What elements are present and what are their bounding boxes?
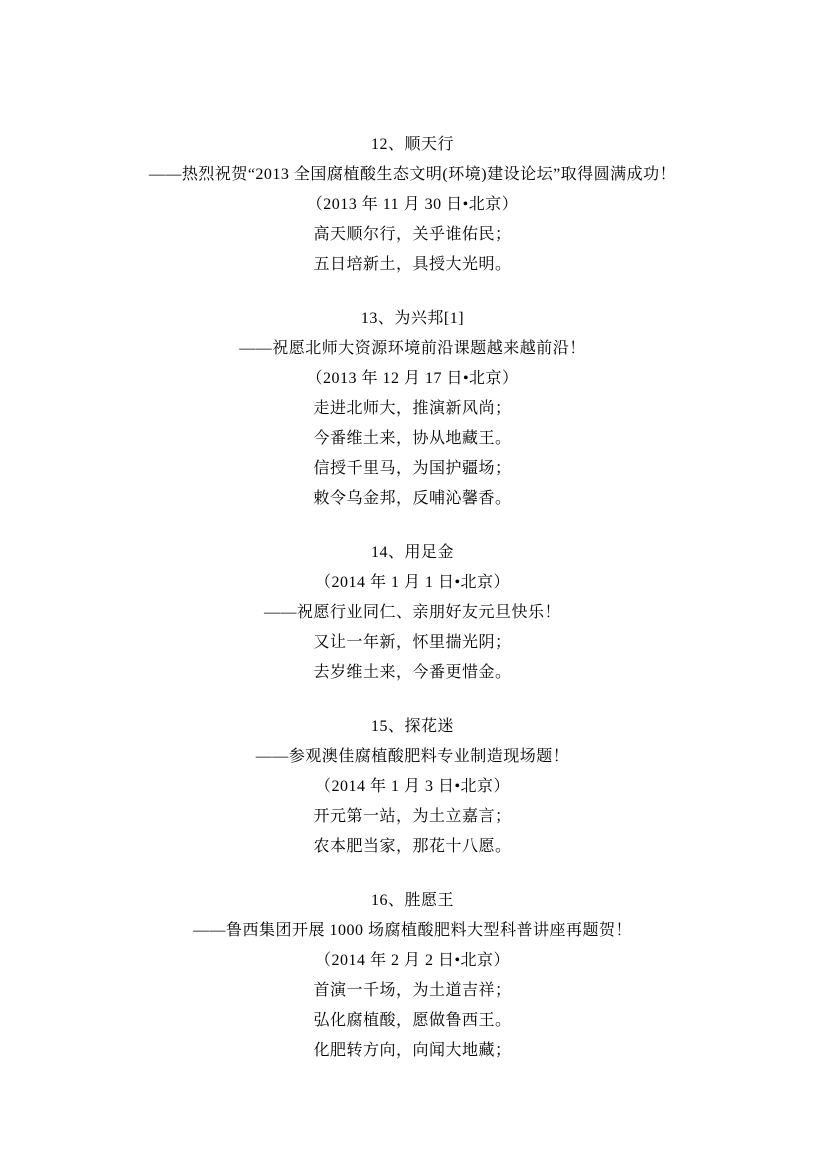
poem-title: 12、顺天行: [0, 130, 825, 160]
page-number: 5: [0, 1080, 1, 1097]
poem-line: 化肥转方向，向闻大地藏；: [0, 1036, 825, 1066]
poem-line: 敕令乌金邦，反哺沁馨香。: [0, 484, 825, 514]
poem-line: ——参观澳佳腐植酸肥料专业制造现场题！: [0, 742, 825, 772]
poems-container: 12、顺天行 ——热烈祝贺“2013 全国腐植酸生态文明(环境)建设论坛”取得圆…: [0, 0, 825, 1090]
poem-line: 又让一年新，怀里揣光阴；: [0, 628, 825, 658]
poem-title: 16、胜愿王: [0, 886, 825, 916]
poem-line: 五日培新土，具授大光明。: [0, 250, 825, 280]
poem-title: 14、用足金: [0, 538, 825, 568]
poem-line: （2014 年 1 月 1 日•北京）: [0, 568, 825, 598]
poem-line: 去岁维土来，今番更惜金。: [0, 658, 825, 688]
document-page: 12、顺天行 ——热烈祝贺“2013 全国腐植酸生态文明(环境)建设论坛”取得圆…: [0, 0, 825, 1169]
poem-line: ——祝愿北师大资源环境前沿课题越来越前沿！: [0, 334, 825, 364]
poem-section: 12、顺天行 ——热烈祝贺“2013 全国腐植酸生态文明(环境)建设论坛”取得圆…: [0, 130, 825, 280]
poem-title: 15、探花迷: [0, 712, 825, 742]
poem-section: 16、胜愿王 ——鲁西集团开展 1000 场腐植酸肥料大型科普讲座再题贺！（20…: [0, 886, 825, 1066]
poem-line: ——鲁西集团开展 1000 场腐植酸肥料大型科普讲座再题贺！: [0, 916, 825, 946]
poem-section: 15、探花迷 ——参观澳佳腐植酸肥料专业制造现场题！（2014 年 1 月 3 …: [0, 712, 825, 862]
poem-section: 13、为兴邦[1] ——祝愿北师大资源环境前沿课题越来越前沿！（2013 年 1…: [0, 304, 825, 514]
poem-line: 农本肥当家，那花十八愿。: [0, 832, 825, 862]
poem-line: （2013 年 11 月 30 日•北京）: [0, 190, 825, 220]
poem-line: 首演一千场，为土道吉祥；: [0, 976, 825, 1006]
poem-title: 13、为兴邦[1]: [0, 304, 825, 334]
poem-line: 信授千里马，为国护疆场；: [0, 454, 825, 484]
poem-line: 高天顺尔行，关乎谁佑民；: [0, 220, 825, 250]
poem-line: 走进北师大，推演新风尚；: [0, 394, 825, 424]
poem-line: （2014 年 2 月 2 日•北京）: [0, 946, 825, 976]
poem-line: 弘化腐植酸，愿做鲁西王。: [0, 1006, 825, 1036]
poem-line: 开元第一站，为土立嘉言；: [0, 802, 825, 832]
poem-line: ——热烈祝贺“2013 全国腐植酸生态文明(环境)建设论坛”取得圆满成功！: [0, 160, 825, 190]
poem-line: （2013 年 12 月 17 日•北京）: [0, 364, 825, 394]
poem-line: ——祝愿行业同仁、亲朋好友元旦快乐！: [0, 598, 825, 628]
poem-section: 14、用足金 （2014 年 1 月 1 日•北京）——祝愿行业同仁、亲朋好友元…: [0, 538, 825, 688]
poem-line: 今番维土来，协从地藏王。: [0, 424, 825, 454]
poem-line: （2014 年 1 月 3 日•北京）: [0, 772, 825, 802]
